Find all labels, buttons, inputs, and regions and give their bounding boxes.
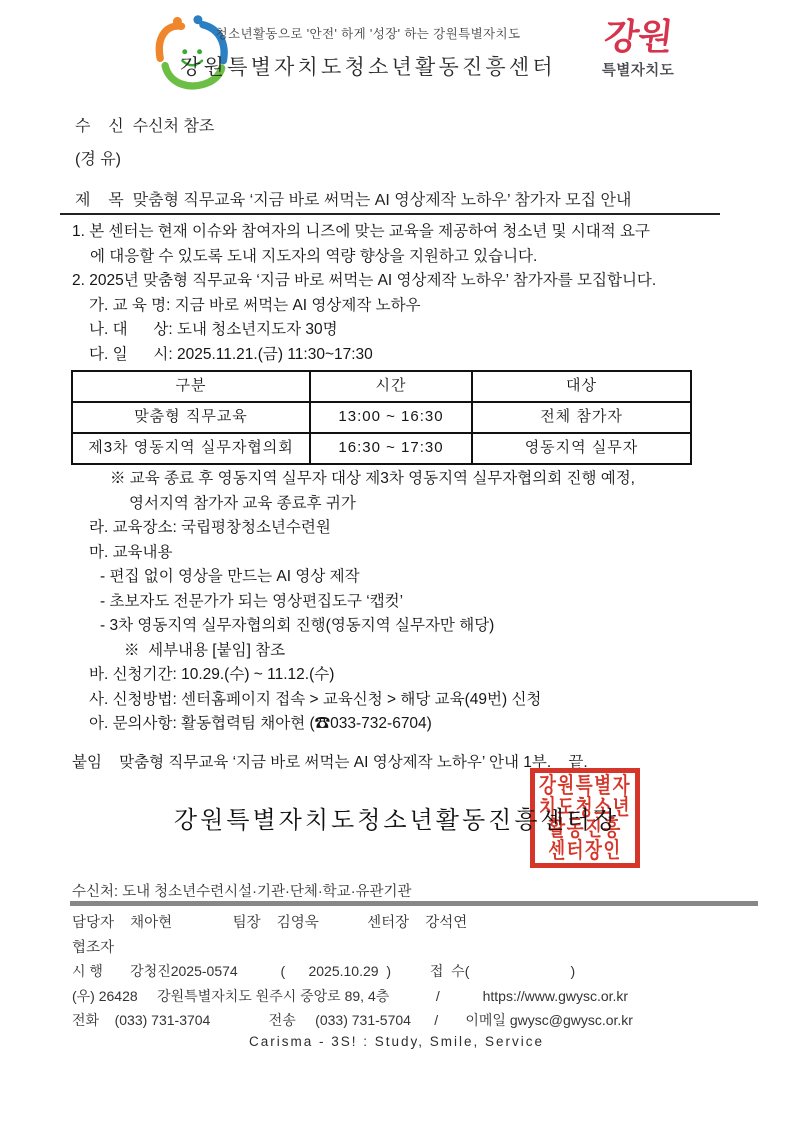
cell-target: 전체 참가자 <box>472 402 691 433</box>
issuer-title: 강원특별자치도청소년활동진흥센터장 <box>174 807 619 834</box>
footer-divider-bar <box>70 901 758 906</box>
footer-recipients: 수신처: 도내 청소년수련시설·기관·단체·학교·유관기관 <box>72 880 412 901</box>
content-dash-1: - 편집 없이 영상을 만드는 AI 영상 제작 <box>72 565 732 590</box>
cell-time: 16:30 ~ 17:30 <box>310 433 472 464</box>
column-header-target: 대상 <box>472 371 691 402</box>
footer-cooperator-row: 협조자 <box>72 936 114 957</box>
gangwon-province-logo: 강원 특별자치도 <box>597 18 679 80</box>
org-name-title: 강원특별자치도청소년활동진흥센터 <box>178 51 558 81</box>
document-body: 1. 본 센터는 현재 이슈와 참여자의 니즈에 맞는 교육을 제공하여 청소년… <box>72 220 732 775</box>
table-row: 맞춤형 직무교육 13:00 ~ 16:30 전체 참가자 <box>72 402 691 433</box>
seal-row: 센터장인 <box>548 839 622 861</box>
footer-address-row: (우) 26428 강원특별자치도 원주시 중앙로 89, 4층 / https… <box>72 986 628 1006</box>
signature-block: 강원특별자치도청소년활동진흥센터장 <box>0 800 793 835</box>
header-center: 청소년활동으로 '안전' 하게 '성장' 하는 강원특별자치도 강원특별자치도청… <box>178 24 558 81</box>
note-detail-reference: ※ 세부내용 [붙임] 참조 <box>72 639 732 664</box>
footer-slogan: Carisma - 3S! : Study, Smile, Service <box>0 1034 793 1049</box>
item-sa-apply-method: 사. 신청방법: 센터홈페이지 접속 > 교육신청 > 해당 교육(49번) 신… <box>72 688 732 713</box>
item-ra-location: 라. 교육장소: 국립평창청소년수련원 <box>72 516 732 541</box>
subject-divider <box>60 213 720 215</box>
paragraph-1-line-2: 에 대응할 수 있도록 도내 지도자의 역량 향상을 지원하고 있습니다. <box>72 245 732 270</box>
note-after-table-line-1: ※ 교육 종료 후 영동지역 실무자 대상 제3차 영동지역 실무자협의회 진행… <box>72 467 732 492</box>
content-dash-3: - 3차 영동지역 실무자협의회 진행(영동지역 실무자만 해당) <box>72 614 732 639</box>
official-document-page: 청소년활동으로 '안전' 하게 '성장' 하는 강원특별자치도 강원특별자치도청… <box>0 0 793 1122</box>
column-header-category: 구분 <box>72 371 310 402</box>
content-dash-2: - 초보자도 전문가가 되는 영상편집도구 ‘캡컷’ <box>72 590 732 615</box>
gangwon-logo-subtext: 특별자치도 <box>597 59 679 80</box>
cell-category: 제3차 영동지역 실무자협의회 <box>72 433 310 464</box>
schedule-table: 구분 시간 대상 맞춤형 직무교육 13:00 ~ 16:30 전체 참가자 제… <box>71 370 692 465</box>
header-slogan: 청소년활동으로 '안전' 하게 '성장' 하는 강원특별자치도 <box>178 24 558 42</box>
table-row: 제3차 영동지역 실무자협의회 16:30 ~ 17:30 영동지역 실무자 <box>72 433 691 464</box>
cell-time: 13:00 ~ 16:30 <box>310 402 472 433</box>
footer-staff-row: 담당자 채아현 팀장 김영욱 센터장 강석연 <box>72 911 467 932</box>
footer-phone-row: 전화 (033) 731-3704 전송 (033) 731-5704 / 이메… <box>72 1010 633 1030</box>
item-ga-course-name: 가. 교 육 명: 지금 바로 써먹는 AI 영상제작 노하우 <box>72 294 732 319</box>
via-line: (경 유) <box>75 146 121 169</box>
gangwon-logo-text: 강원 <box>595 18 681 56</box>
item-na-target: 나. 대 상: 도내 청소년지도자 30명 <box>72 318 732 343</box>
item-ma-contents: 마. 교육내용 <box>72 541 732 566</box>
column-header-time: 시간 <box>310 371 472 402</box>
table-header-row: 구분 시간 대상 <box>72 371 691 402</box>
note-after-table-line-2: 영서지역 참가자 교육 종료후 귀가 <box>72 492 732 517</box>
cell-target: 영동지역 실무자 <box>472 433 691 464</box>
footer-document-number-row: 시 행 강청진2025-0574 ( 2025.10.29 ) 접 수( ) <box>72 961 575 981</box>
recipient-line: 수 신 수신처 참조 <box>75 113 214 136</box>
subject-line: 제 목 맞춤형 직무교육 ‘지금 바로 써먹는 AI 영상제작 노하우’ 참가자… <box>75 187 631 210</box>
item-ah-contact: 아. 문의사항: 활동협력팀 채아현 (☎033-732-6704) <box>72 712 732 737</box>
cell-category: 맞춤형 직무교육 <box>72 402 310 433</box>
item-ba-apply-period: 바. 신청기간: 10.29.(수) ~ 11.12.(수) <box>72 663 732 688</box>
item-da-datetime: 다. 일 시: 2025.11.21.(금) 11:30~17:30 <box>72 343 732 368</box>
paragraph-1-line-1: 1. 본 센터는 현재 이슈와 참여자의 니즈에 맞는 교육을 제공하여 청소년… <box>72 220 732 245</box>
paragraph-2: 2. 2025년 맞춤형 직무교육 ‘지금 바로 써먹는 AI 영상제작 노하우… <box>72 269 732 294</box>
